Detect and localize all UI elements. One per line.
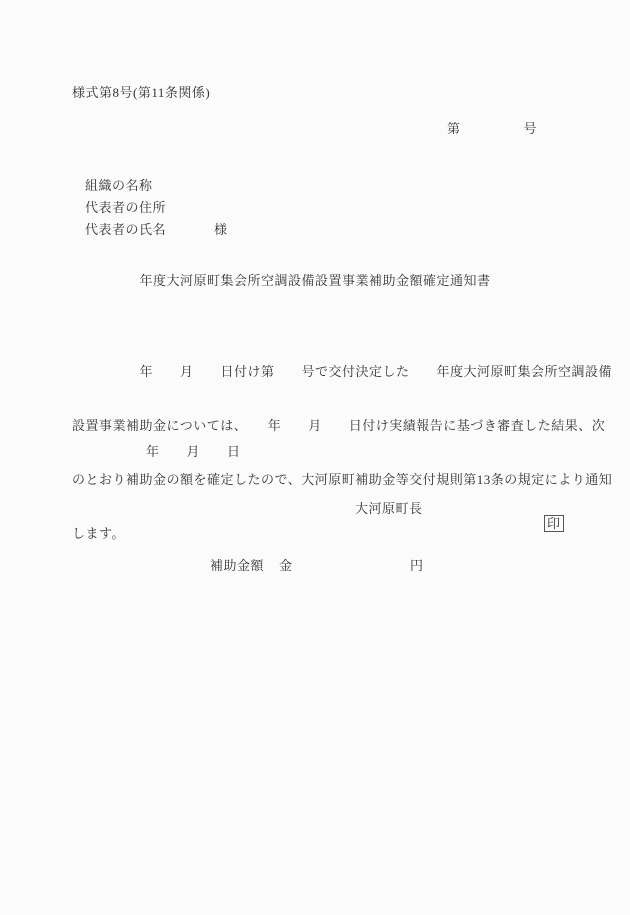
document-number-suffix: 号 [523, 121, 537, 137]
addressee-address-label: 代表者の住所 [85, 200, 166, 216]
amount-currency-suffix: 円 [410, 558, 424, 574]
seal-placeholder: 印 [529, 499, 564, 548]
document-number-prefix: 第 [447, 121, 461, 137]
amount-currency-prefix: 金 [279, 558, 293, 574]
addressee-name-line: 代表者の氏名 様 [85, 222, 228, 238]
document-page: 様式第8号(第11条関係) 第 号 組織の名称 代表者の住所 代表者の氏名 様 … [0, 0, 630, 915]
addressee-organization-label: 組織の名称 [85, 178, 153, 194]
addressee-honorific: 様 [214, 222, 228, 238]
signer-title: 大河原町長 [355, 501, 423, 517]
document-number-line: 第 号 [447, 121, 537, 137]
form-number: 様式第8号(第11条関係) [72, 85, 210, 101]
date-line: 年 月 日 [146, 444, 241, 460]
seal-mark: 印 [544, 515, 564, 532]
amount-label: 補助金額 [210, 558, 264, 574]
body-line: のとおり補助金の額を確定したので、大河原町補助金等交付規則第13条の規定により通… [72, 469, 612, 491]
addressee-name-label: 代表者の氏名 [85, 222, 166, 238]
body-line: 年 月 日付け第 号で交付決定した 年度大河原町集会所空調設備 [72, 361, 612, 383]
body-line: 設置事業補助金については、 年 月 日付け実績報告に基づき審査した結果、次 [72, 415, 612, 437]
document-title: 年度大河原町集会所空調設備設置事業補助金額確定通知書 [0, 273, 630, 289]
